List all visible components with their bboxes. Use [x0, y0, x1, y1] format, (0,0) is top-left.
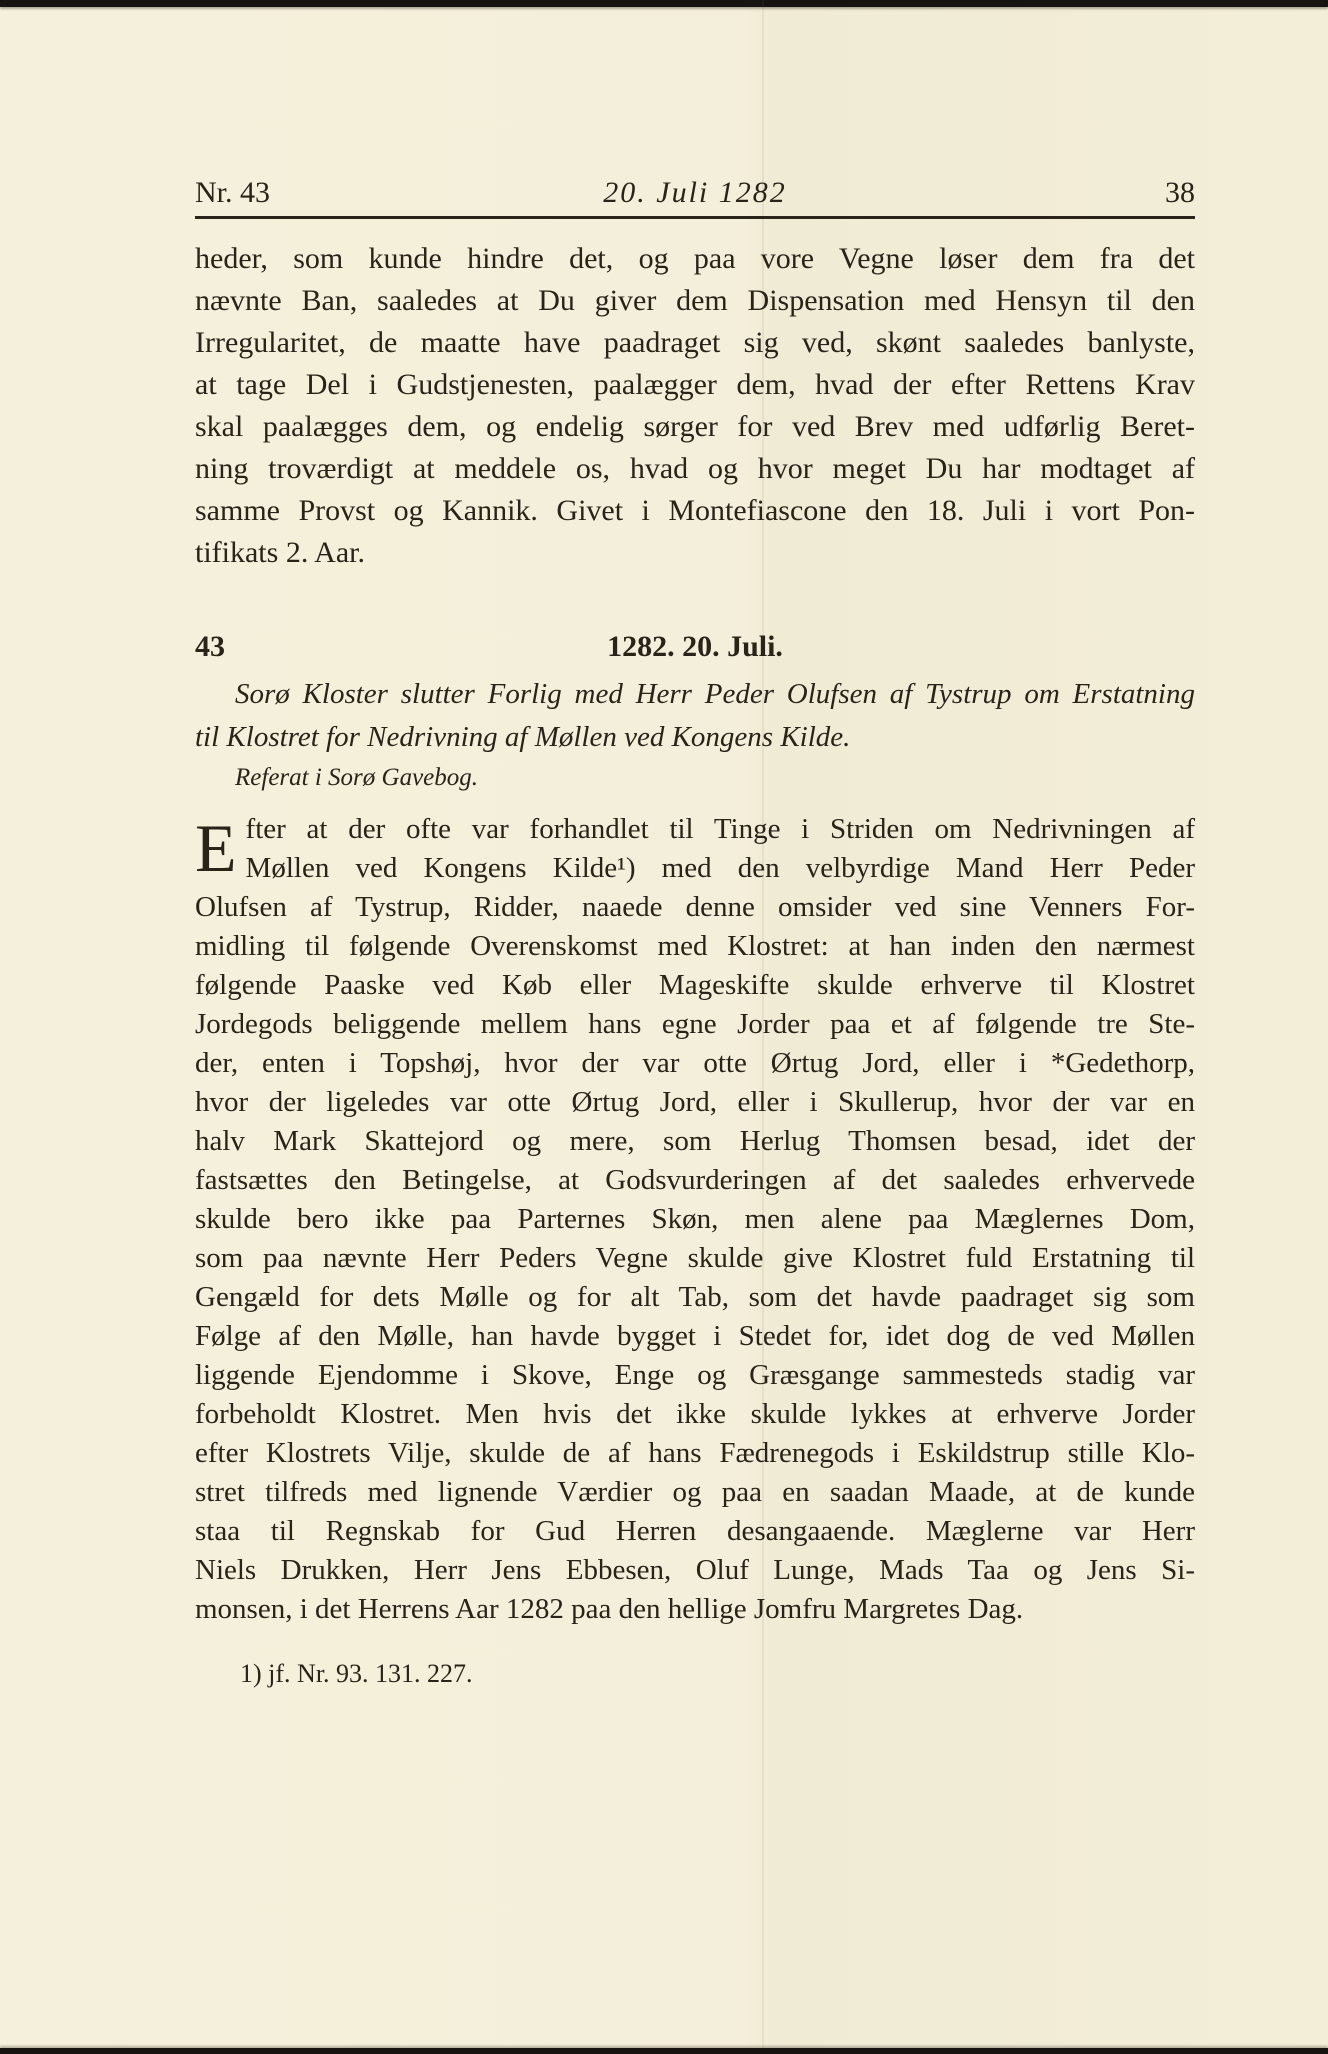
header-entry-number: Nr. 43 — [195, 176, 270, 210]
summary-line: til Klostret for Nedrivning af Møllen ve… — [195, 716, 1195, 759]
text-line: efter Klostrets Vilje, skulde de af hans… — [195, 1434, 1195, 1473]
scan-edge-bottom — [0, 2048, 1328, 2054]
entry-heading: 43 1282. 20. Juli. — [195, 626, 1195, 668]
text-line: midling til følgende Overenskomst med Kl… — [195, 927, 1195, 966]
text-line: liggende Ejendomme i Skove, Enge og Græs… — [195, 1356, 1195, 1395]
text-line: heder, som kunde hindre det, og paa vore… — [195, 238, 1195, 280]
text-line: fastsættes den Betingelse, at Godsvurder… — [195, 1161, 1195, 1200]
entry-summary: Sorø Kloster slutter Forlig med Herr Ped… — [195, 673, 1195, 759]
text-line: halv Mark Skattejord og mere, som Herlug… — [195, 1122, 1195, 1161]
drop-cap: E — [195, 810, 246, 886]
footnote: 1) jf. Nr. 93. 131. 227. — [195, 1658, 1195, 1690]
text-line: Møllen ved Kongens Kilde¹) med den velby… — [195, 849, 1195, 888]
text-line: skulde bero ikke paa Parternes Skøn, men… — [195, 1200, 1195, 1239]
continuation-paragraph: heder, som kunde hindre det, og paa vore… — [195, 238, 1195, 574]
text-line: følgende Paaske ved Køb eller Mageskifte… — [195, 966, 1195, 1005]
text-line: som paa nævnte Herr Peders Vegne skulde … — [195, 1239, 1195, 1278]
text-line: stret tilfreds med lignende Værdier og p… — [195, 1473, 1195, 1512]
text-line: ning troværdigt at meddele os, hvad og h… — [195, 448, 1195, 490]
source-note: Referat i Sorø Gavebog. — [195, 763, 1195, 793]
entry-body-paragraph: E fter at der ofte var forhandlet til Ti… — [195, 810, 1195, 1629]
entry-number: 43 — [195, 626, 225, 668]
text-line: Olufsen af Tystrup, Ridder, naaede denne… — [195, 888, 1195, 927]
text-line: Jordegods beliggende mellem hans egne Jo… — [195, 1005, 1195, 1044]
scanned-book-page: Nr. 43 20. Juli 1282 38 heder, som kunde… — [0, 0, 1328, 2054]
text-line: hvor der ligeledes var otte Ørtug Jord, … — [195, 1083, 1195, 1122]
text-line: skal paalægges dem, og endelig sørger fo… — [195, 406, 1195, 448]
text-line: Niels Drukken, Herr Jens Ebbesen, Oluf L… — [195, 1551, 1195, 1590]
header-page-number: 38 — [1165, 176, 1195, 210]
text-line: der, enten i Topshøj, hvor der var otte … — [195, 1044, 1195, 1083]
text-line: fter at der ofte var forhandlet til Ting… — [195, 810, 1195, 849]
text-line: tifikats 2. Aar. — [195, 532, 1195, 574]
text-line: Følge af den Mølle, han havde bygget i S… — [195, 1317, 1195, 1356]
text-line: monsen, i det Herrens Aar 1282 paa den h… — [195, 1590, 1195, 1629]
text-column: Nr. 43 20. Juli 1282 38 heder, som kunde… — [195, 176, 1195, 1690]
summary-line: Sorø Kloster slutter Forlig med Herr Ped… — [195, 673, 1195, 716]
text-line: nævnte Ban, saaledes at Du giver dem Dis… — [195, 280, 1195, 322]
text-line: Irregularitet, de maatte have paadraget … — [195, 322, 1195, 364]
running-header: Nr. 43 20. Juli 1282 38 — [195, 176, 1195, 219]
text-line: at tage Del i Gudstjenesten, paalægger d… — [195, 364, 1195, 406]
text-line: samme Provst og Kannik. Givet i Montefia… — [195, 490, 1195, 532]
header-date: 20. Juli 1282 — [195, 176, 1195, 210]
text-line: Gengæld for dets Mølle og for alt Tab, s… — [195, 1278, 1195, 1317]
text-line: staa til Regnskab for Gud Herren desanga… — [195, 1512, 1195, 1551]
text-line: forbeholdt Klostret. Men hvis det ikke s… — [195, 1395, 1195, 1434]
scan-edge-top — [0, 0, 1328, 7]
entry-date-heading: 1282. 20. Juli. — [195, 626, 1195, 668]
